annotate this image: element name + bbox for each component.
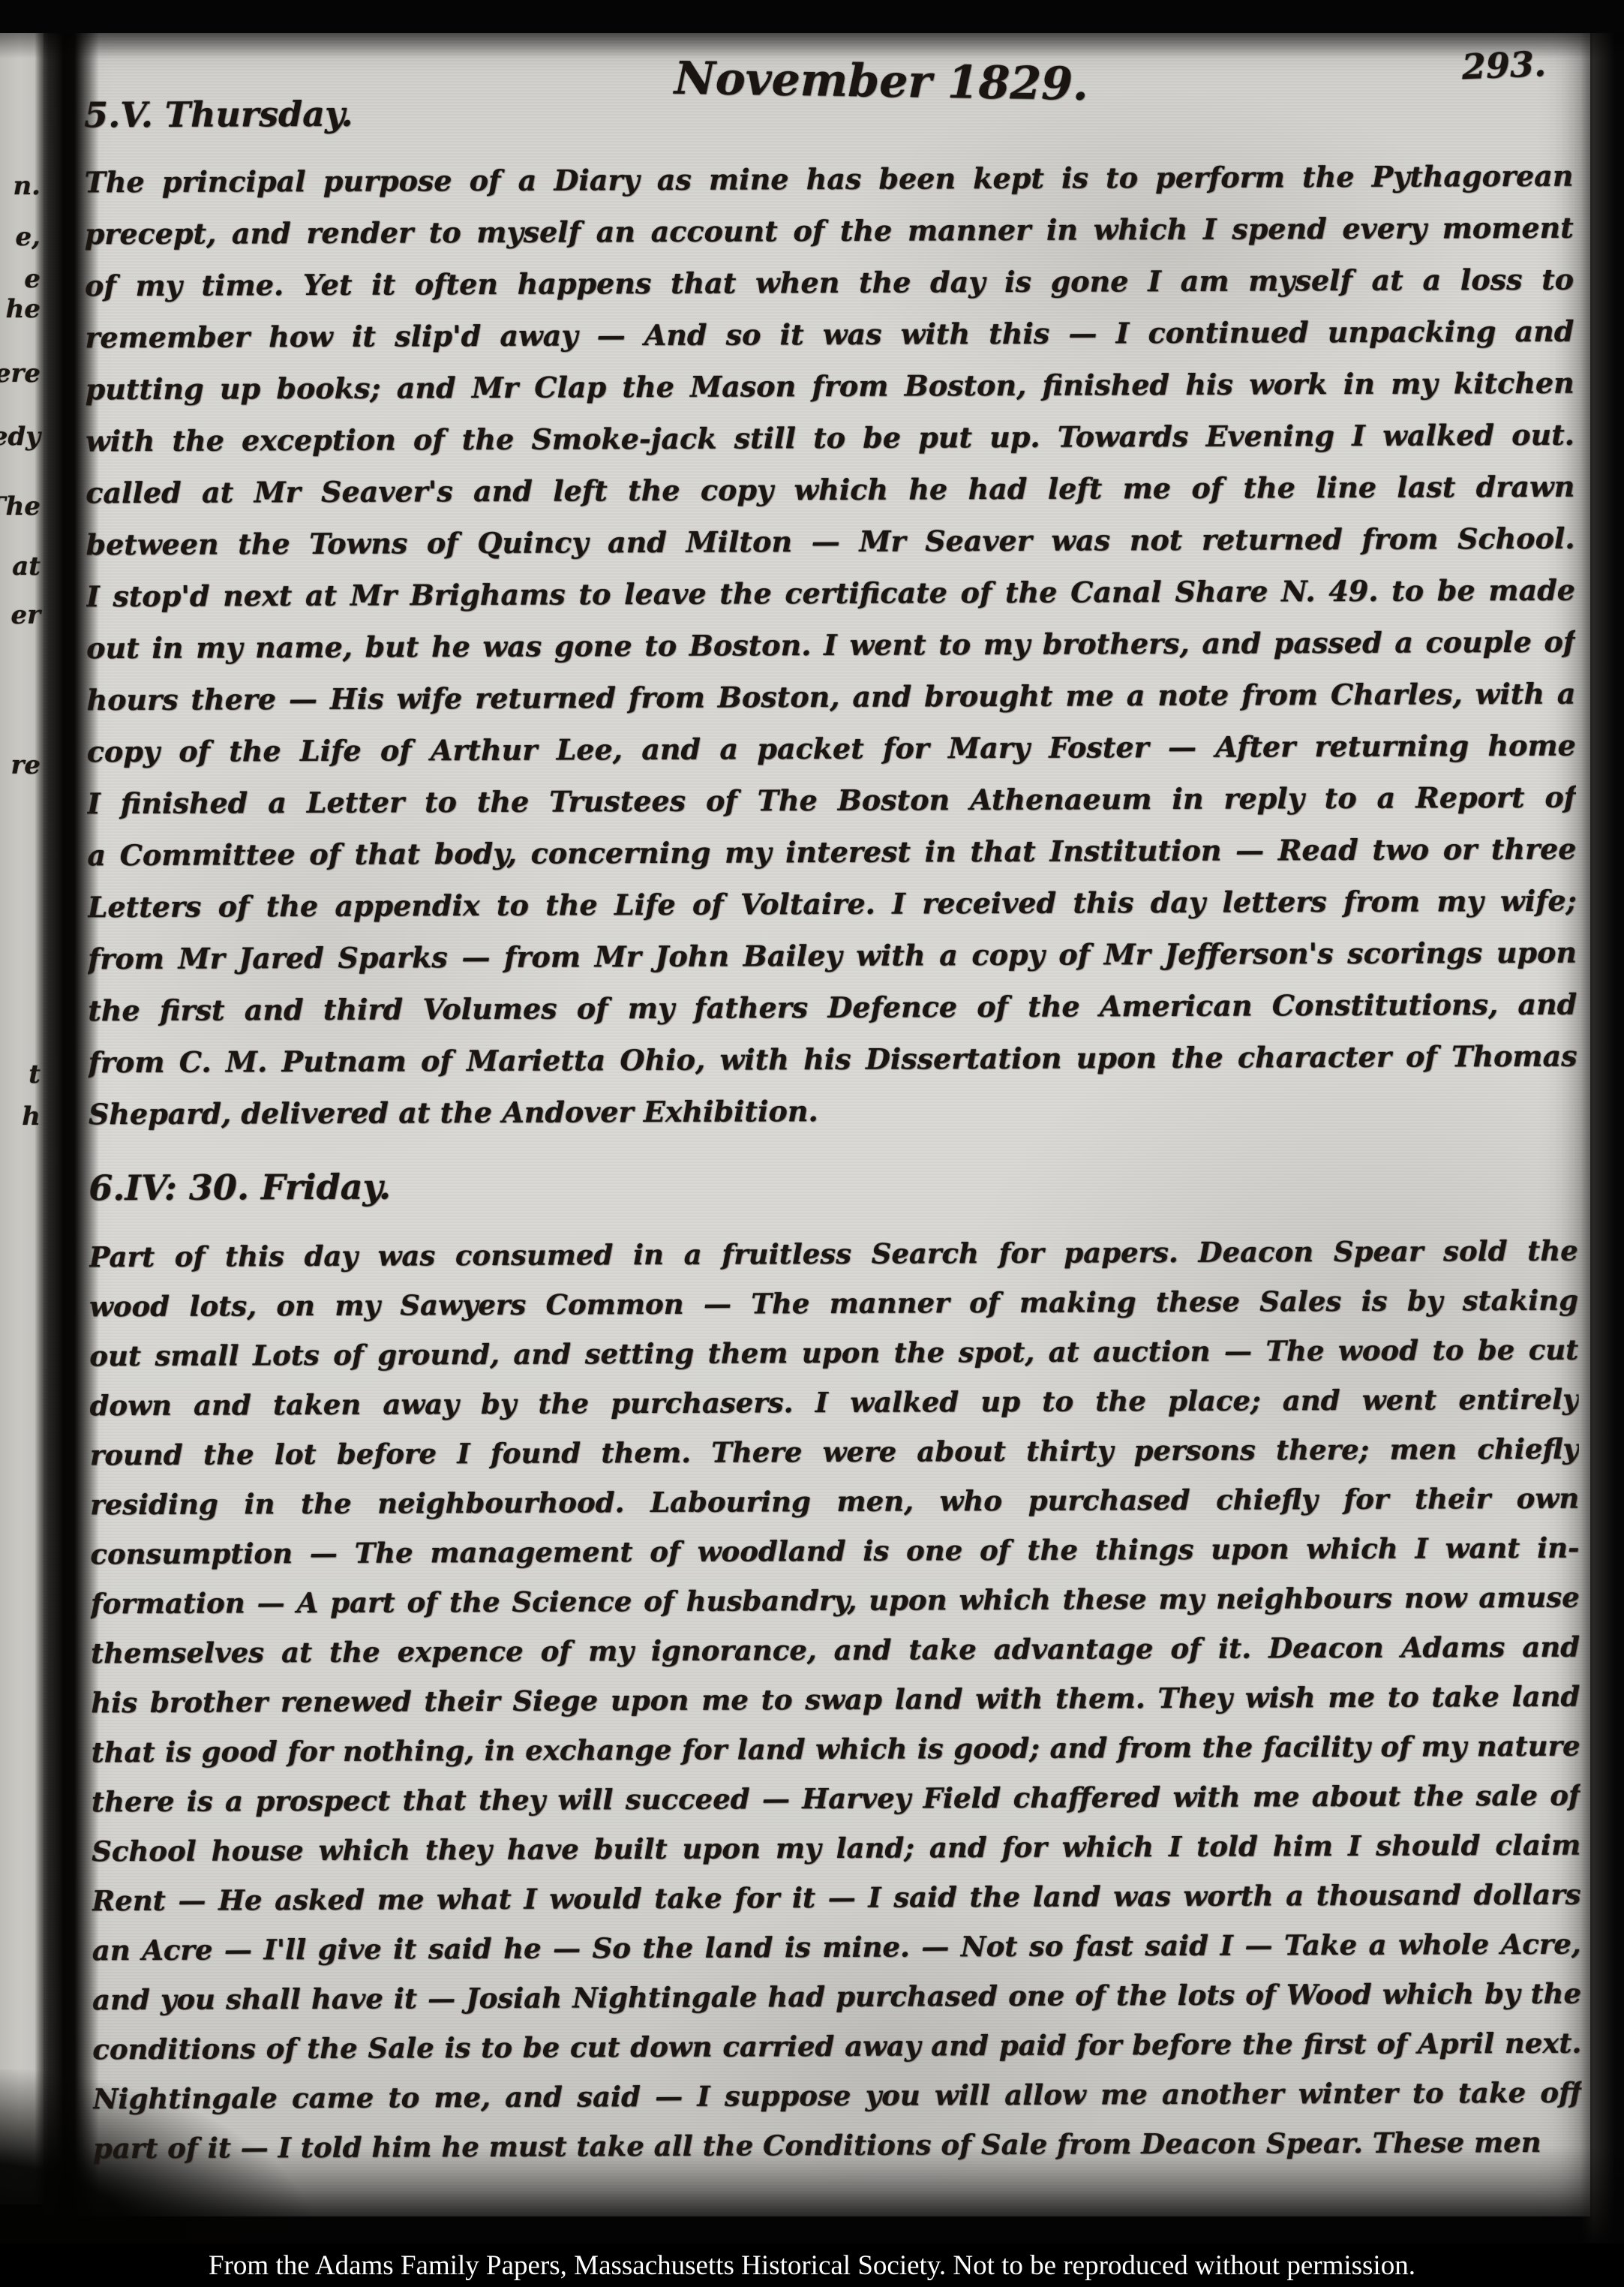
entry-body: The principal purpose of a Diary as mine…	[84, 150, 1577, 1140]
diary-entry-friday: 6.IV: 30. Friday. Part of this day was c…	[89, 1162, 1582, 2174]
diary-line: Letters of the appendix to the Life of V…	[88, 875, 1577, 933]
diary-line: copy of the Life of Arthur Lee, and a pa…	[87, 720, 1576, 778]
diary-line: consumption — The management of woodland…	[90, 1523, 1579, 1579]
diary-line: down and taken away by the purchasers. I…	[89, 1375, 1578, 1431]
diary-line: round the lot before I found them. There…	[90, 1424, 1579, 1480]
diary-line: that is good for nothing, in exchange fo…	[91, 1721, 1580, 1778]
entry-heading: 5.V. Thursday.	[84, 89, 1573, 136]
diary-line: Rent — He asked me what I would take for…	[92, 1870, 1580, 1926]
entry-heading: 6.IV: 30. Friday.	[89, 1162, 1577, 1209]
diary-line: from Mr Jared Sparks — from Mr John Bail…	[88, 927, 1577, 985]
diary-line: with the exception of the Smoke-jack sti…	[86, 409, 1574, 467]
diary-line: formation — A part of the Science of hus…	[91, 1573, 1580, 1629]
diary-line: I finished a Letter to the Trustees of T…	[87, 771, 1576, 830]
handwriting-layer: November 1829. 293. 5.V. Thursday. The p…	[0, 0, 1624, 2287]
diary-line: called at Mr Seaver's and left the copy …	[86, 461, 1574, 519]
diary-line: part of it — I told him he must take all…	[93, 2117, 1582, 2174]
diary-line: hours there — His wife returned from Bos…	[86, 668, 1575, 726]
diary-entry-thursday: 5.V. Thursday. The principal purpose of …	[84, 89, 1577, 1140]
diary-line: Part of this day was consumed in a fruit…	[89, 1226, 1578, 1282]
diary-line: conditions of the Sale is to be cut down…	[92, 2018, 1581, 2075]
diary-line: precept, and render to myself an account…	[85, 202, 1574, 260]
diary-line: School house which they have built upon …	[92, 1820, 1580, 1877]
credit-text: From the Adams Family Papers, Massachuse…	[209, 2249, 1415, 2282]
diary-line: between the Towns of Quincy and Milton —…	[86, 512, 1574, 571]
diary-line: his brother renewed their Siege upon me …	[91, 1672, 1580, 1728]
diary-line: remember how it slip'd away — And so it …	[85, 305, 1574, 364]
diary-line: there is a prospect that they will succe…	[92, 1771, 1580, 1827]
diary-line: the first and third Volumes of my father…	[88, 978, 1577, 1037]
diary-line: Nightingale came to me, and said — I sup…	[93, 2068, 1582, 2124]
diary-line: wood lots, on my Sawyers Common — The ma…	[89, 1276, 1578, 1332]
diary-page-scan: n.e,eheereseedyTheaterreth November 1829…	[0, 0, 1624, 2287]
page-number: 293.	[1461, 44, 1547, 87]
diary-line: themselves at the expence of my ignoranc…	[91, 1622, 1580, 1678]
entry-body: Part of this day was consumed in a fruit…	[89, 1226, 1582, 2174]
diary-line: out in my name, but he was gone to Bosto…	[86, 616, 1575, 675]
diary-line: and you shall have it — Josiah Nightinga…	[92, 1969, 1581, 2025]
diary-line: The principal purpose of a Diary as mine…	[84, 150, 1573, 209]
credit-bar: From the Adams Family Papers, Massachuse…	[0, 2243, 1624, 2287]
diary-line: residing in the neighbourhood. Labouring…	[90, 1474, 1579, 1530]
diary-line: of my time. Yet it often happens that wh…	[85, 254, 1574, 312]
diary-line: from C. M. Putnam of Marietta Ohio, with…	[88, 1030, 1577, 1089]
diary-line: putting up books; and Mr Clap the Mason …	[86, 357, 1574, 416]
diary-line: out small Lots of ground, and setting th…	[89, 1325, 1578, 1381]
diary-line: I stop'd next at Mr Brighams to leave th…	[86, 564, 1575, 623]
diary-line: a Committee of that body, concerning my …	[87, 823, 1576, 882]
diary-line: Shepard, delivered at the Andover Exhibi…	[89, 1082, 1577, 1140]
diary-line: an Acre — I'll give it said he — So the …	[92, 1919, 1581, 1976]
